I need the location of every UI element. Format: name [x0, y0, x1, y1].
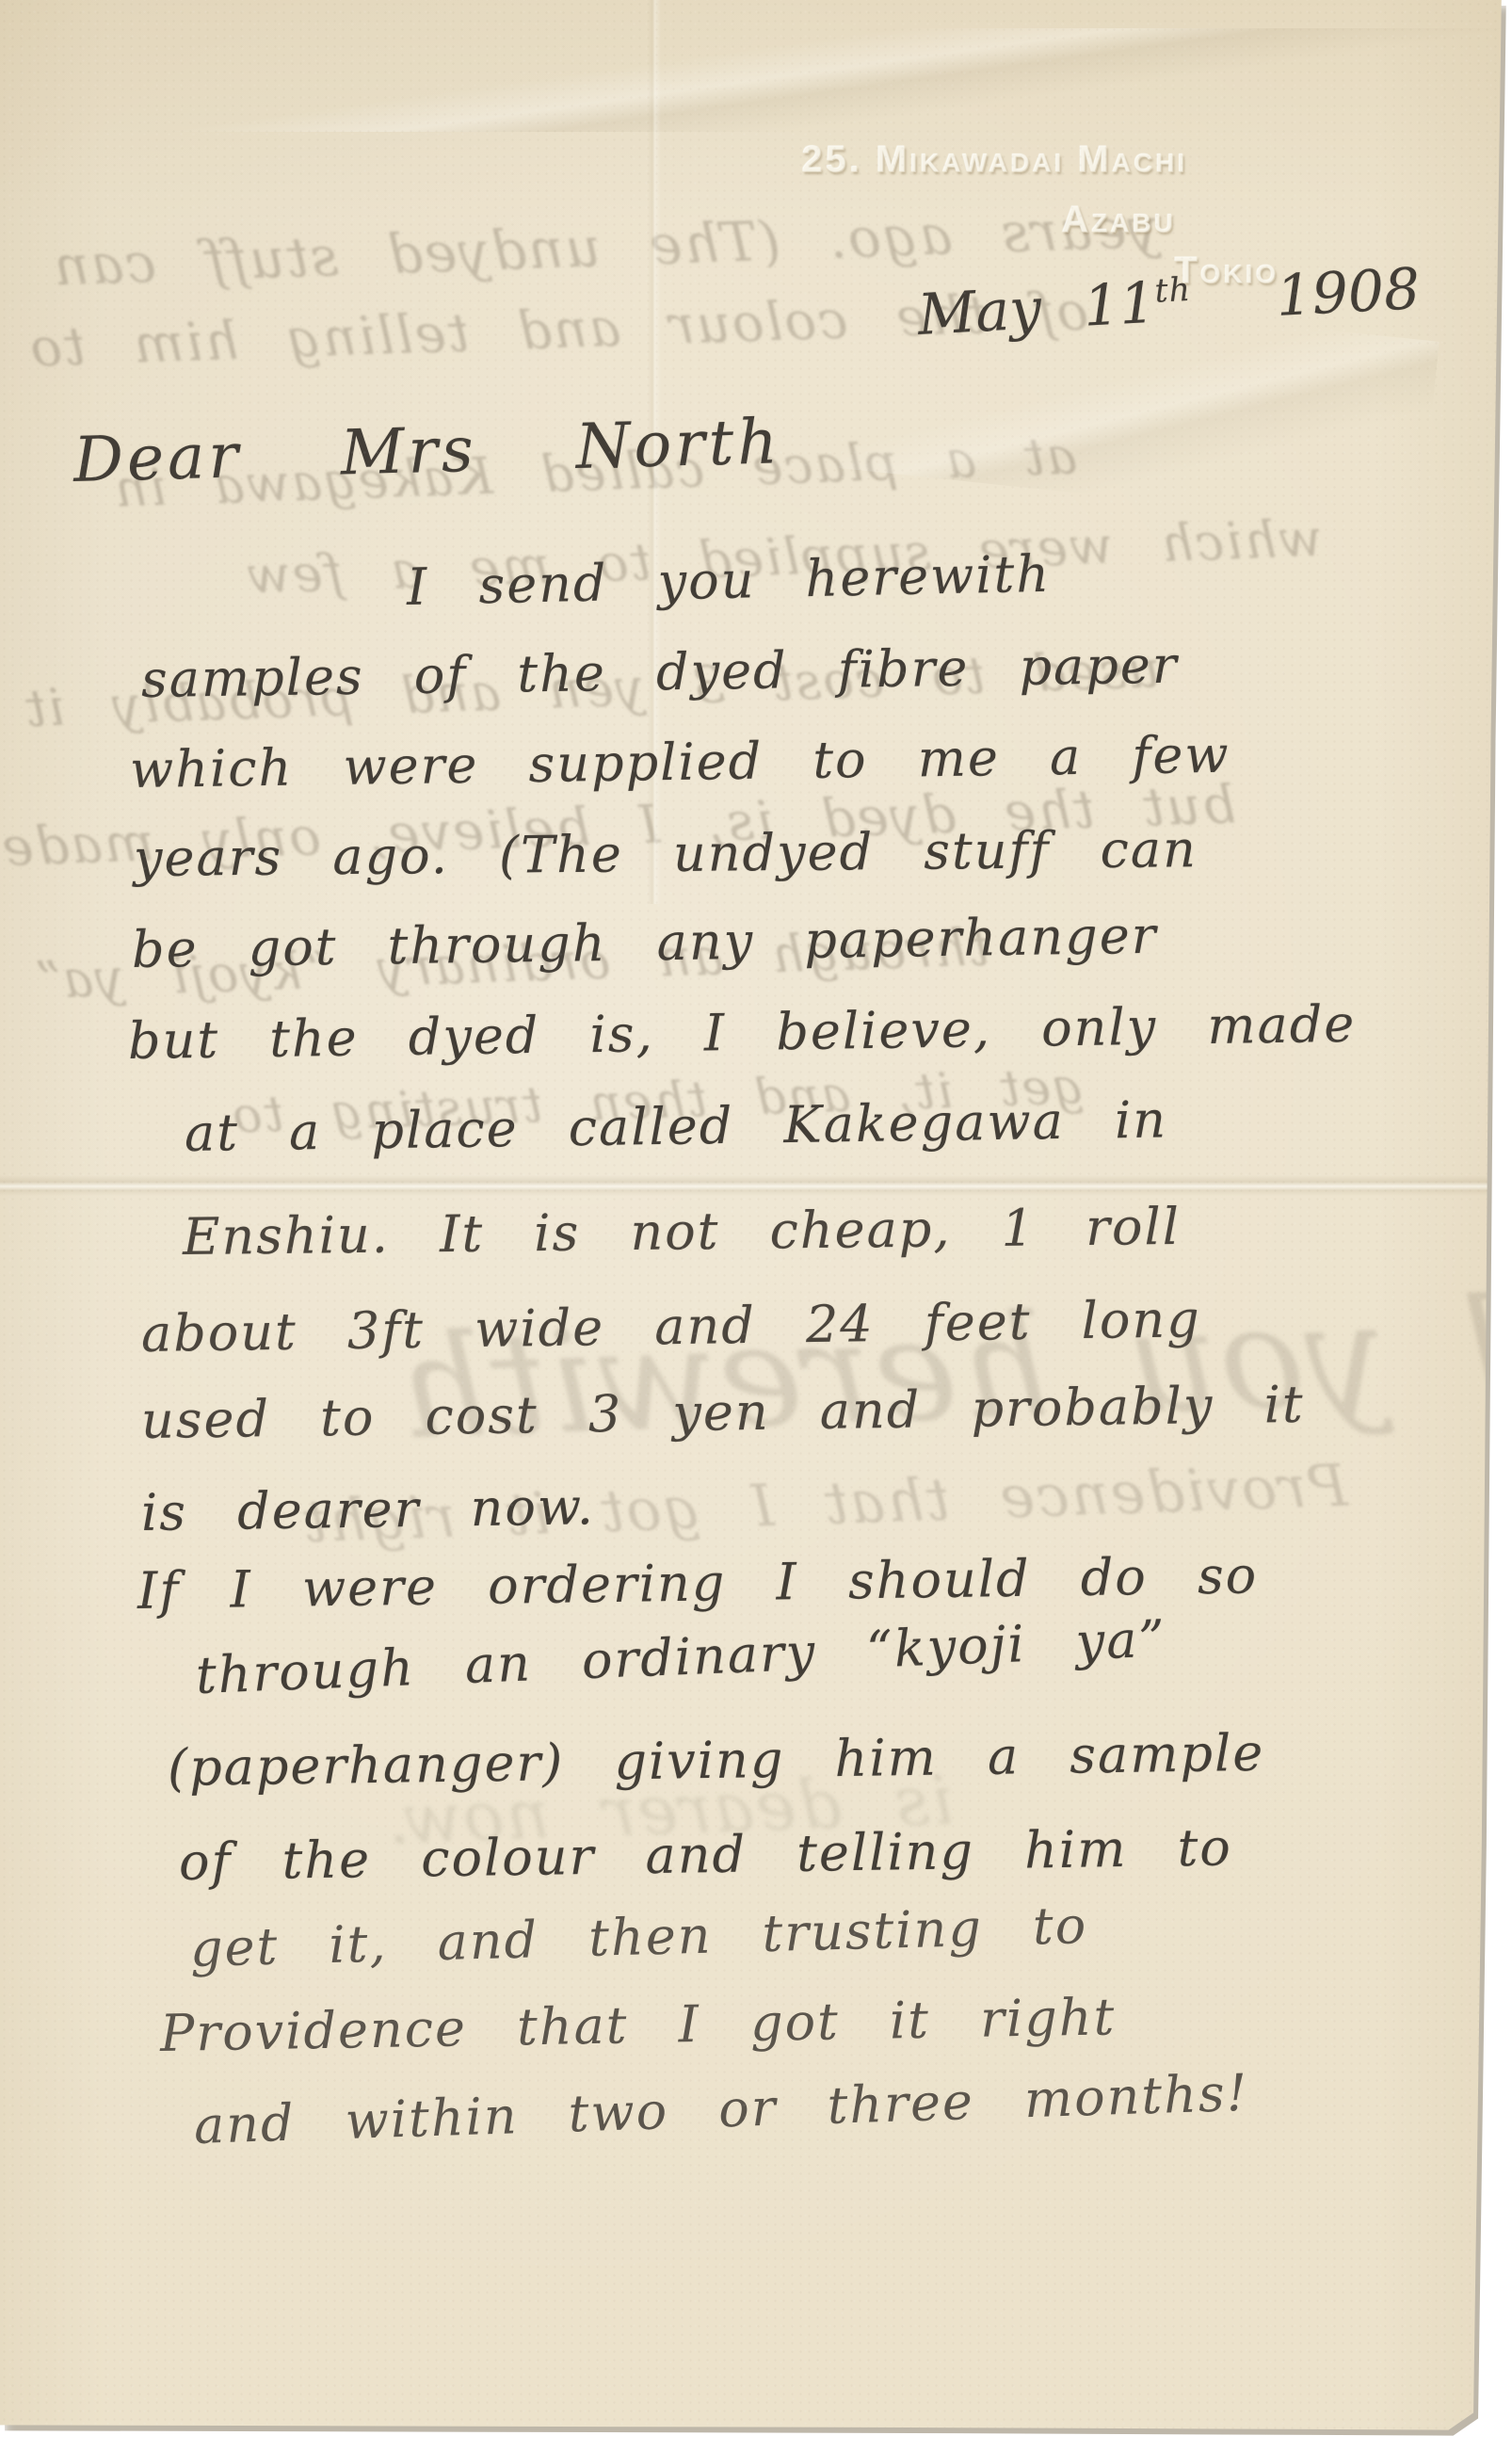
body-line: which were supplied to me a few [130, 725, 1231, 799]
date-ordinal: th [1154, 271, 1192, 311]
body-line: is dearer now. [141, 1476, 596, 1542]
body-line: be got through any paperhanger [132, 906, 1158, 979]
body-line: and within two or three months! [193, 2063, 1249, 2155]
date-month-day: May 11 [916, 270, 1157, 348]
body-line: get it, and then trusting to [189, 1895, 1088, 1978]
body-line: used to cost 3 yen and probably it [141, 1375, 1305, 1450]
salutation: Dear Mrs North [72, 405, 782, 496]
body-line: at a place called Kakegawa in [185, 1089, 1168, 1163]
paper-crinkle [0, 28, 1512, 132]
letter-paper: years ago. (The undyed stuff can of the … [0, 0, 1512, 2452]
date-year: 1908 [1275, 256, 1422, 330]
body-line: I send you herewith [406, 544, 1051, 617]
body-line: Enshiu. It is not cheap, 1 roll [183, 1197, 1182, 1266]
body-line: through an ordinary “kyoji ya” [195, 1608, 1167, 1705]
body-line: samples of the dyed fibre paper [141, 636, 1179, 709]
body-line: but the dyed is, I believe, only made [128, 994, 1357, 1071]
body-line: (paperhanger) giving him a sample [168, 1723, 1265, 1798]
body-line: of the colour and telling him to [179, 1817, 1233, 1892]
fold-crease-horizontal [0, 1175, 1512, 1196]
scanned-letter-scan: { "letterhead": { "line1": "25. Mikawada… [0, 0, 1512, 2452]
letterhead-street-line: 25. Mikawadai Machi [802, 139, 1188, 182]
body-line: years ago. (The undyed stuff can [134, 819, 1198, 888]
date-line: May 11th 1908 [916, 256, 1422, 348]
letterhead-district-line: Azabu [1062, 200, 1177, 242]
body-line: If I were ordering I should do so [137, 1545, 1259, 1621]
body-line: about 3ft wide and 24 feet long [141, 1289, 1202, 1363]
body-line: Providence that I got it right [159, 1987, 1116, 2063]
